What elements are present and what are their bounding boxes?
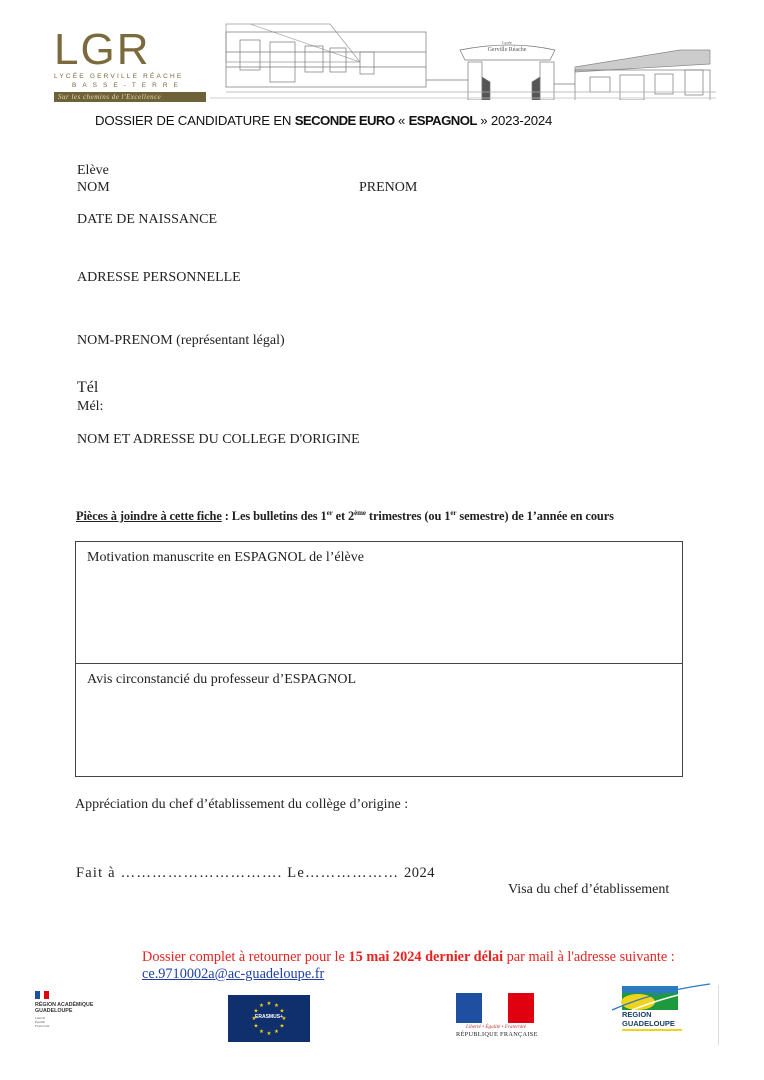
submission-email-link[interactable]: ce.9710002a@ac-guadeloupe.fr [142, 966, 324, 983]
school-logo: LGR LYCÉE GERVILLE RÉACHE BASSE-TERRE Su… [52, 28, 212, 100]
region-name: REGIONGUADELOUPE [622, 1011, 675, 1028]
teacher-opinion-box-label: Avis circonstancié du professeur d’ESPAG… [87, 672, 356, 688]
svg-text:Gerville Réache: Gerville Réache [488, 47, 527, 53]
mel-field-label[interactable]: Mél: [77, 399, 103, 415]
attachments-text: trimestres (ou 1 [366, 509, 450, 523]
principal-appreciation-label[interactable]: Appréciation du chef d’établissement du … [75, 797, 408, 813]
attachments-text: Les bulletins des 1 [232, 509, 327, 523]
teacher-opinion-box[interactable]: Avis circonstancié du professeur d’ESPAG… [75, 663, 683, 777]
svg-text:Lycée: Lycée [502, 40, 512, 45]
title-part: « [395, 113, 409, 128]
divider [718, 985, 719, 1045]
academie-guadeloupe-logo: RÉGION ACADÉMIQUEGUADELOUPE LibertéÉgali… [35, 991, 115, 1031]
representant-field-label[interactable]: NOM-PRENOM (représentant légal) [77, 333, 285, 349]
region-underline [622, 1029, 682, 1031]
principal-visa-label: Visa du chef d’établissement [508, 882, 669, 898]
svg-text:★: ★ [254, 1023, 259, 1030]
place-date-text: Fait à …………………………. Le……………… [76, 865, 404, 881]
svg-text:★: ★ [274, 1002, 279, 1009]
attachments-note: Pièces à joindre à cette fiche : Les bul… [76, 509, 614, 524]
marianne-flag-icon [456, 993, 534, 1023]
date-naissance-field-label[interactable]: DATE DE NAISSANCE [77, 212, 217, 228]
attachments-label: Pièces à joindre à cette fiche [76, 509, 222, 523]
svg-text:★: ★ [274, 1028, 279, 1035]
attachments-text: semestre) de 1’année en cours [456, 509, 613, 523]
motivation-box[interactable]: Motivation manuscrite en ESPAGNOL de l’é… [75, 541, 683, 664]
nom-field-label[interactable]: NOM [77, 180, 110, 196]
eleve-label: Elève [77, 163, 109, 179]
republique-name: RÉPUBLIQUE FRANÇAISE [456, 1031, 536, 1038]
school-building-drawing-icon: Gerville Réache Lycée [210, 22, 716, 100]
erasmus-logo: ★★★★★★★★★★★★ ERASMUS+ [228, 995, 310, 1042]
logo-initials: LGR [54, 28, 150, 72]
svg-text:★: ★ [280, 1023, 285, 1030]
french-flag-icon [35, 991, 49, 999]
college-field-label[interactable]: NOM ET ADRESSE DU COLLEGE D'ORIGINE [77, 432, 360, 448]
attachments-text: et 2 [333, 509, 355, 523]
deadline-date: 15 mai 2024 dernier délai [348, 949, 503, 965]
academie-line: GUADELOUPE [35, 1008, 93, 1014]
svg-text:★: ★ [267, 1000, 272, 1007]
adresse-field-label[interactable]: ADRESSE PERSONNELLE [77, 270, 241, 286]
svg-text:★: ★ [259, 1002, 264, 1009]
prenom-field-label[interactable]: PRENOM [359, 180, 417, 196]
superscript: ème [354, 509, 366, 517]
logo-city: BASSE-TERRE [72, 82, 184, 89]
title-bold-espagnol: ESPAGNOL [409, 113, 477, 128]
erasmus-label: ERASMUS+ [228, 1014, 310, 1020]
region-guadeloupe-emblem-icon [612, 982, 712, 1012]
deadline-text: par mail à l'adresse suivante : [503, 949, 675, 965]
title-part: DOSSIER DE CANDIDATURE EN [95, 113, 295, 128]
deadline-text: Dossier complet à retourner pour le [142, 949, 348, 965]
region-guadeloupe-logo: REGIONGUADELOUPE [612, 982, 712, 1032]
separator: : [222, 509, 232, 523]
republique-motto: Liberté • Égalité • Fraternité [456, 1024, 536, 1030]
title-bold-seconde-euro: SECONDE EURO [295, 113, 395, 128]
logo-school-name: LYCÉE GERVILLE RÉACHE [54, 73, 183, 80]
tel-field-label[interactable]: Tél [77, 379, 98, 397]
motto-word: Fraternité [35, 1024, 49, 1028]
svg-text:★: ★ [267, 1030, 272, 1037]
academie-name: RÉGION ACADÉMIQUEGUADELOUPE [35, 1002, 93, 1015]
academie-motto: LibertéÉgalitéFraternité [35, 1016, 49, 1029]
logo-tagline: Sur les chemins de l'Excellence [54, 92, 206, 102]
svg-text:★: ★ [259, 1028, 264, 1035]
signature-year: 2024 [404, 865, 435, 881]
republique-francaise-logo: Liberté • Égalité • Fraternité RÉPUBLIQU… [456, 991, 536, 1041]
document-title: DOSSIER DE CANDIDATURE EN SECONDE EURO «… [95, 113, 552, 128]
region-line: GUADELOUPE [622, 1020, 675, 1029]
motivation-box-label: Motivation manuscrite en ESPAGNOL de l’é… [87, 550, 364, 566]
place-date-line[interactable]: Fait à …………………………. Le……………… 2024 [76, 865, 435, 882]
deadline-notice: Dossier complet à retourner pour le 15 m… [142, 949, 675, 966]
title-year: » 2023-2024 [477, 113, 552, 128]
